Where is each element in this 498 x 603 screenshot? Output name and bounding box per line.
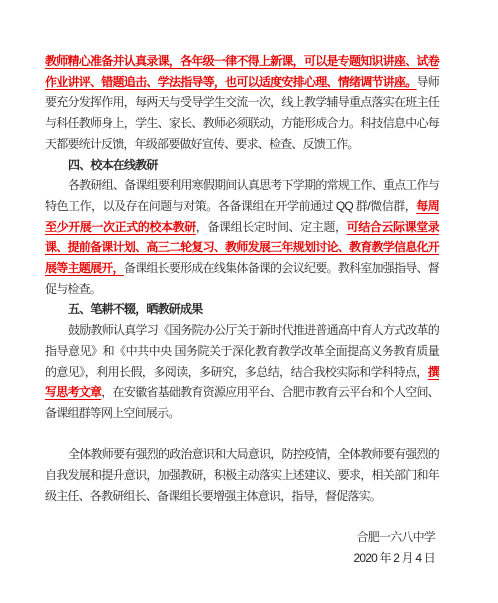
paragraph-online-teaching-requirements: 教师精心准备并认真录课，各年级一律不得上新课，可以是专题知识讲座、试卷作业讲评、… [45, 51, 439, 155]
text-group-leader-schedule: ，备课组长定时间、定主题， [196, 220, 347, 234]
heading-section-4-school-online-research: 四、校本在线教研 [45, 155, 439, 176]
heading-section-5-writing-achievements: 五、笔耕不辍，晒教研成果 [45, 299, 439, 320]
signature-date: 2020 年 2 月 4 日 [45, 548, 439, 569]
text-group-planning: 各教研组、备课组要利用寒假期间认真思考下学期的常规工作、重点工作与特色工作，以及… [45, 178, 439, 213]
paragraph-teaching-research-groups: 各教研组、备课组要利用寒假期间认真思考下学期的常规工作、重点工作与特色工作，以及… [45, 175, 439, 299]
highlighted-text-recording-rules: 教师精心准备并认真录课，各年级一律不得上新课，可以是专题知识讲座、试卷作业讲评、… [45, 54, 439, 89]
text-policy-documents: 鼓励教师认真学习《国务院办公厅关于新时代推进普通高中育人方式改革的指导意见》和《… [45, 323, 439, 378]
signature-block: 合肥一六八中学 2020 年 2 月 4 日 [45, 527, 439, 568]
paragraph-study-and-writing: 鼓励教师认真学习《国务院办公厅关于新时代推进普通高中育人方式改革的指导意见》和《… [45, 320, 439, 424]
signature-school-name: 合肥一六八中学 [45, 527, 439, 548]
document-page: 教师精心准备并认真录课，各年级一律不得上新课，可以是专题知识讲座、试卷作业讲评、… [0, 0, 498, 603]
text-publishing-platforms: ，在安徽省基础教育资源应用平台、合肥市教育云平台和个人空间、备课组群等网上空间展… [45, 385, 439, 420]
paragraph-conclusion-awareness: 全体教师要有强烈的政治意识和大局意识，防控疫情，全体教师要有强烈的自我发展和提升… [45, 444, 439, 506]
text-conclusion: 全体教师要有强烈的政治意识和大局意识，防控疫情，全体教师要有强烈的自我发展和提升… [45, 447, 439, 502]
